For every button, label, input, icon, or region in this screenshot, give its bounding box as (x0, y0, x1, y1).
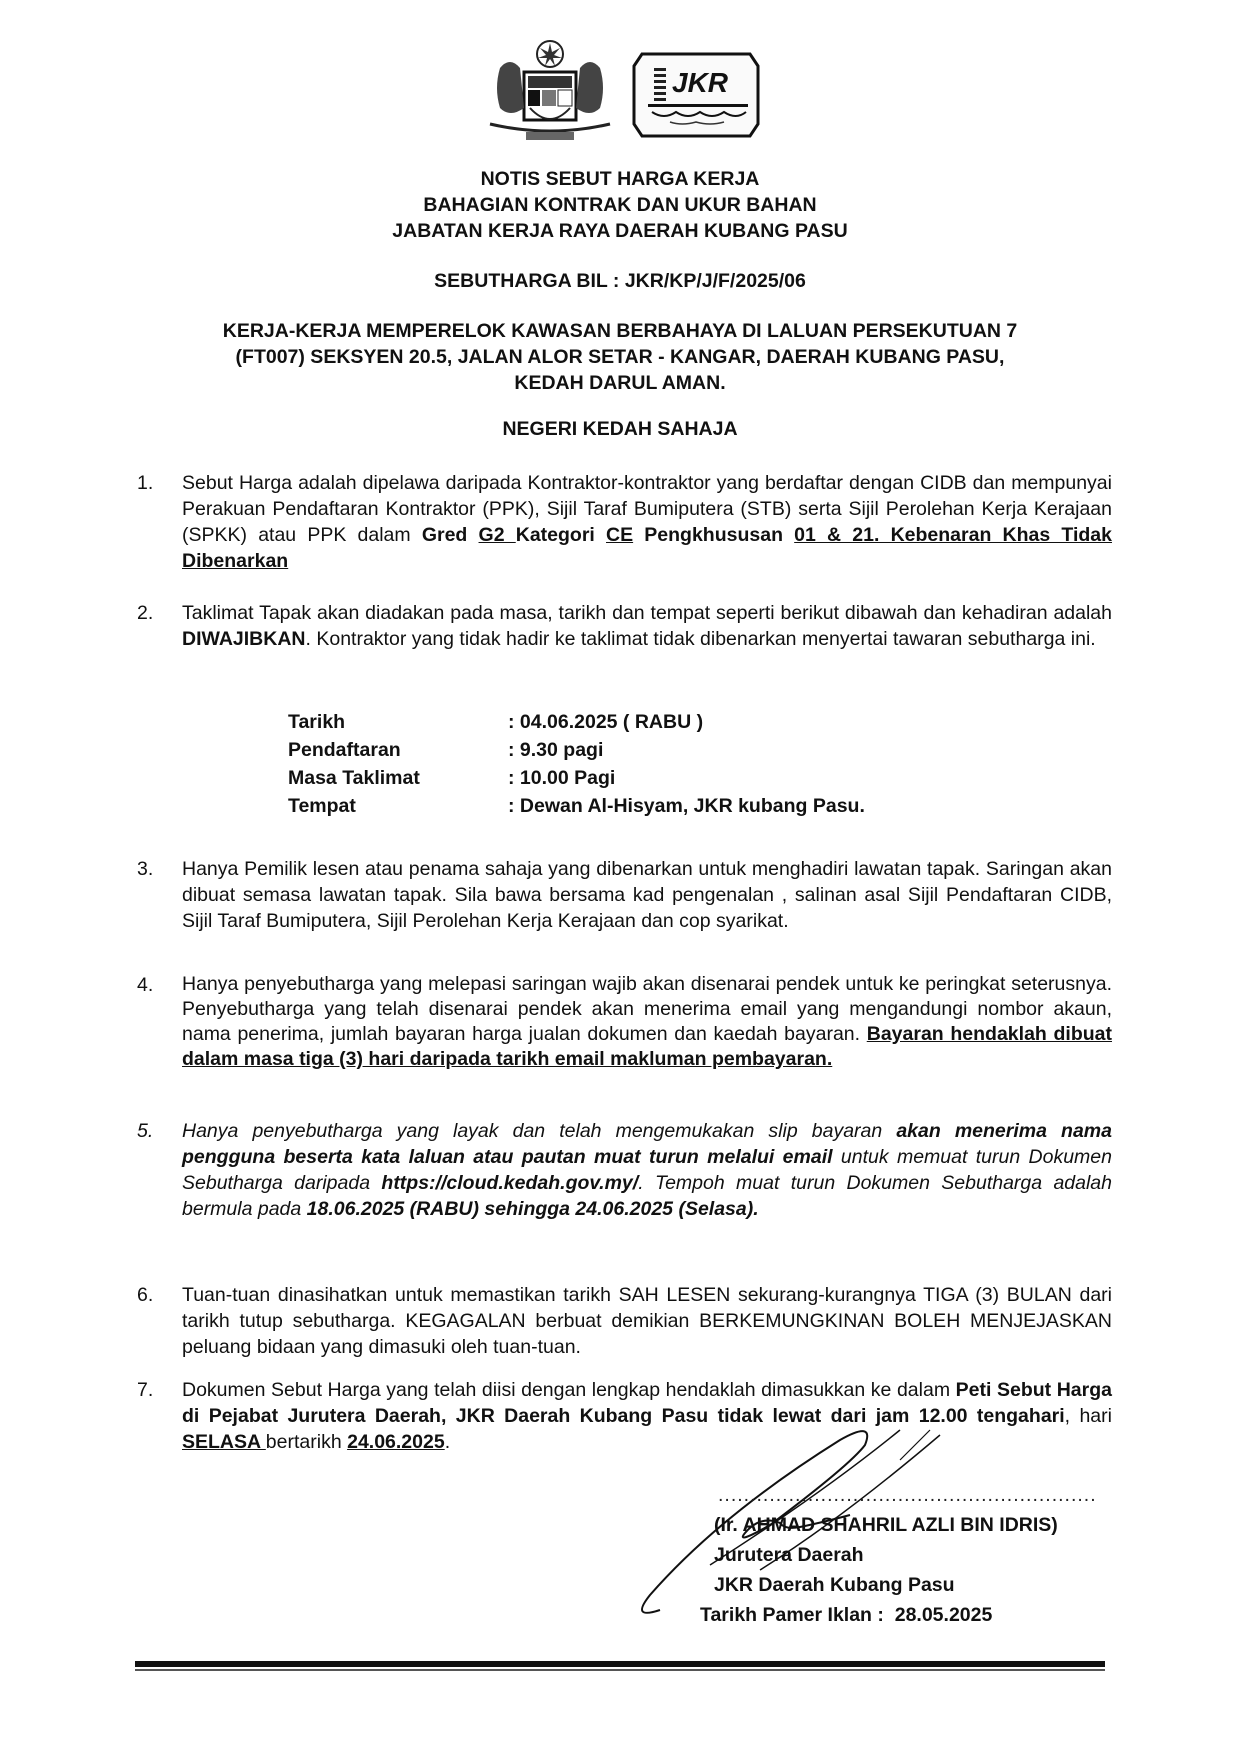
advert-date: Tarikh Pamer Iklan : 28.05.2025 (700, 1600, 1097, 1630)
clause-text: Dokumen Sebut Harga yang telah diisi den… (182, 1377, 1112, 1455)
clause-text: Hanya penyebutharga yang melepasi saring… (182, 972, 1112, 1072)
clause-5: 5. Hanya penyebutharga yang layak dan te… (137, 1118, 1112, 1222)
signature-line: ........................................… (718, 1480, 1097, 1510)
clause-3: 3. Hanya Pemilik lesen atau penama sahaj… (137, 856, 1112, 934)
signature-block: ........................................… (700, 1480, 1097, 1630)
clause-1: 1. Sebut Harga adalah dipelawa daripada … (137, 470, 1112, 574)
project-title: KERJA-KERJA MEMPERELOK KAWASAN BERBAHAYA… (0, 318, 1240, 396)
clause-text: Hanya penyebutharga yang layak dan telah… (182, 1118, 1112, 1222)
briefing-details: Tarikh: 04.06.2025 ( RABU ) Pendaftaran:… (288, 708, 865, 820)
clause-number: 7. (137, 1377, 153, 1403)
clause-number: 2. (137, 600, 153, 626)
title-line: KERJA-KERJA MEMPERELOK KAWASAN BERBAHAYA… (0, 318, 1240, 344)
header-logos: JKR (480, 38, 780, 148)
svg-text:JKR: JKR (672, 67, 729, 98)
clause-text: Hanya Pemilik lesen atau penama sahaja y… (182, 856, 1112, 934)
heading-line: BAHAGIAN KONTRAK DAN UKUR BAHAN (0, 192, 1240, 218)
clause-number: 3. (137, 856, 153, 882)
eligibility-note: NEGERI KEDAH SAHAJA (0, 416, 1240, 442)
heading-line: NOTIS SEBUT HARGA KERJA (0, 166, 1240, 192)
briefing-row: Masa Taklimat: 10.00 Pagi (288, 764, 865, 792)
clause-text: Taklimat Tapak akan diadakan pada masa, … (182, 600, 1112, 652)
clause-4: 4. Hanya penyebutharga yang melepasi sar… (137, 972, 1112, 1072)
clause-number: 5. (137, 1118, 153, 1144)
signatory-office: JKR Daerah Kubang Pasu (714, 1570, 1097, 1600)
notice-heading: NOTIS SEBUT HARGA KERJA BAHAGIAN KONTRAK… (0, 166, 1240, 244)
clause-text: Sebut Harga adalah dipelawa daripada Kon… (182, 470, 1112, 574)
footer-rule (135, 1661, 1105, 1667)
footer-rule-thin (135, 1669, 1105, 1671)
clause-number: 1. (137, 470, 153, 496)
clause-number: 6. (137, 1282, 153, 1308)
clause-2: 2. Taklimat Tapak akan diadakan pada mas… (137, 600, 1112, 652)
clause-7: 7. Dokumen Sebut Harga yang telah diisi … (137, 1377, 1112, 1455)
closing-date: 24.06.2025 (347, 1431, 445, 1453)
clause-text: Tuan-tuan dinasihatkan untuk memastikan … (182, 1282, 1112, 1360)
download-link[interactable]: https://cloud.kedah.gov.my/ (381, 1172, 638, 1194)
signatory-position: Jurutera Daerah (714, 1540, 1097, 1570)
title-line: (FT007) SEKSYEN 20.5, JALAN ALOR SETAR -… (0, 344, 1240, 370)
reference-number: SEBUTHARGA BIL : JKR/KP/J/F/2025/06 (0, 268, 1240, 294)
briefing-row: Tarikh: 04.06.2025 ( RABU ) (288, 708, 865, 736)
category-value: CE (606, 524, 633, 546)
coat-of-arms-icon (480, 38, 620, 146)
briefing-row: Pendaftaran: 9.30 pagi (288, 736, 865, 764)
clause-number: 4. (137, 972, 153, 998)
signatory-name: (Ir. AHMAD SHAHRIL AZLI BIN IDRIS) (714, 1510, 1097, 1540)
heading-line: JABATAN KERJA RAYA DAERAH KUBANG PASU (0, 218, 1240, 244)
closing-day: SELASA (182, 1431, 266, 1453)
jkr-logo-icon: JKR (632, 52, 760, 138)
clause-6: 6. Tuan-tuan dinasihatkan untuk memastik… (137, 1282, 1112, 1360)
briefing-row: Tempat: Dewan Al-Hisyam, JKR kubang Pasu… (288, 792, 865, 820)
title-line: KEDAH DARUL AMAN. (0, 370, 1240, 396)
grade-value: G2 (479, 524, 516, 546)
